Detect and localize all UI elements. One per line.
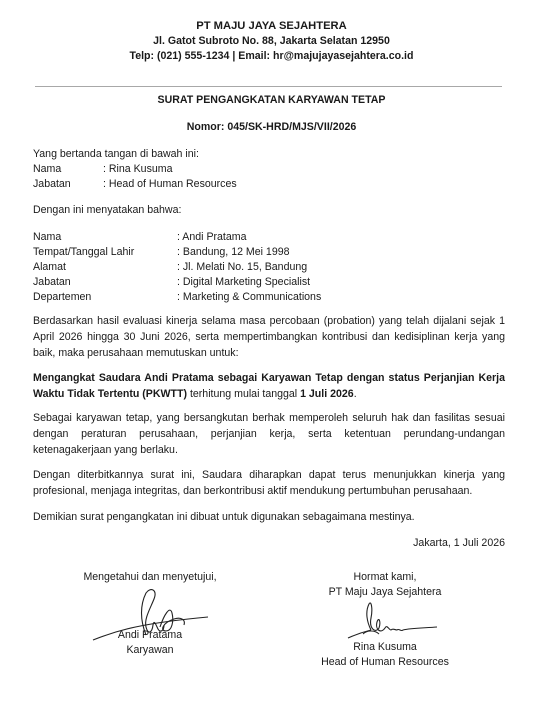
field-label: Departemen xyxy=(33,290,177,305)
field-value: : Jl. Melati No. 15, Bandung xyxy=(177,260,307,275)
rights-paragraph: Sebagai karyawan tetap, yang bersangkuta… xyxy=(33,410,505,458)
document-title: SURAT PENGANGKATAN KARYAWAN TETAP xyxy=(0,94,543,106)
company-address: Jl. Gatot Subroto No. 88, Jakarta Selata… xyxy=(0,34,543,49)
employee-row: Alamat : Jl. Melati No. 15, Bandung xyxy=(33,260,505,275)
place-date: Jakarta, 1 Juli 2026 xyxy=(413,537,505,549)
signature-right-heading: Hormat kami, PT Maju Jaya Sejahtera xyxy=(285,570,485,600)
decision-connector: terhitung mulai tanggal xyxy=(187,388,300,400)
hr-signature xyxy=(345,600,440,642)
company-contact: Telp: (021) 555-1234 | Email: hr@majujay… xyxy=(0,49,543,64)
field-value: : Head of Human Resources xyxy=(103,177,237,192)
closing-salutation: Hormat kami, xyxy=(285,570,485,585)
basis-paragraph: Berdasarkan hasil evaluasi kinerja selam… xyxy=(33,313,505,361)
signer-row: Jabatan : Head of Human Resources xyxy=(33,177,505,192)
employee-row: Jabatan : Digital Marketing Specialist xyxy=(33,275,505,290)
signer-section: Yang bertanda tangan di bawah ini: Nama … xyxy=(33,147,505,192)
employee-row: Tempat/Tanggal Lahir : Bandung, 12 Mei 1… xyxy=(33,245,505,260)
field-label: Tempat/Tanggal Lahir xyxy=(33,245,177,260)
field-value: : Marketing & Communications xyxy=(177,290,321,305)
employee-role: Karyawan xyxy=(50,643,250,658)
field-label: Jabatan xyxy=(33,177,103,192)
expectation-paragraph: Dengan diterbitkannya surat ini, Saudara… xyxy=(33,467,505,499)
employee-row: Nama : Andi Pratama xyxy=(33,230,505,245)
field-value: : Digital Marketing Specialist xyxy=(177,275,310,290)
company-name: PT MAJU JAYA SEJAHTERA xyxy=(0,19,543,34)
signature-left-heading: Mengetahui dan menyetujui, xyxy=(50,570,250,585)
decision-paragraph: Mengangkat Saudara Andi Pratama sebagai … xyxy=(33,370,505,402)
field-label: Nama xyxy=(33,230,177,245)
document-number: Nomor: 045/SK-HRD/MJS/VII/2026 xyxy=(0,121,543,133)
signature-right-block: Rina Kusuma Head of Human Resources xyxy=(285,640,485,670)
signatory-role: Head of Human Resources xyxy=(285,655,485,670)
signer-intro: Yang bertanda tangan di bawah ini: xyxy=(33,147,505,162)
decision-period: . xyxy=(354,388,357,400)
field-value: : Andi Pratama xyxy=(177,230,247,245)
field-label: Nama xyxy=(33,162,103,177)
signatory-company: PT Maju Jaya Sejahtera xyxy=(285,585,485,600)
statement-intro: Dengan ini menyatakan bahwa: xyxy=(33,203,505,218)
effective-date: 1 Juli 2026 xyxy=(300,388,354,400)
closing-paragraph: Demikian surat pengangkatan ini dibuat u… xyxy=(33,509,505,525)
field-label: Alamat xyxy=(33,260,177,275)
field-label: Jabatan xyxy=(33,275,177,290)
employee-row: Departemen : Marketing & Communications xyxy=(33,290,505,305)
header-divider xyxy=(35,86,502,87)
signatory-name: Rina Kusuma xyxy=(285,640,485,655)
employee-name: Andi Pratama xyxy=(50,628,250,643)
field-value: : Bandung, 12 Mei 1998 xyxy=(177,245,290,260)
letterhead: PT MAJU JAYA SEJAHTERA Jl. Gatot Subroto… xyxy=(0,19,543,64)
letter-page: PT MAJU JAYA SEJAHTERA Jl. Gatot Subroto… xyxy=(0,0,543,725)
signature-left-block: Andi Pratama Karyawan xyxy=(50,628,250,658)
signer-row: Nama : Rina Kusuma xyxy=(33,162,505,177)
employee-details: Nama : Andi Pratama Tempat/Tanggal Lahir… xyxy=(33,230,505,305)
approval-heading: Mengetahui dan menyetujui, xyxy=(50,570,250,585)
field-value: : Rina Kusuma xyxy=(103,162,172,177)
